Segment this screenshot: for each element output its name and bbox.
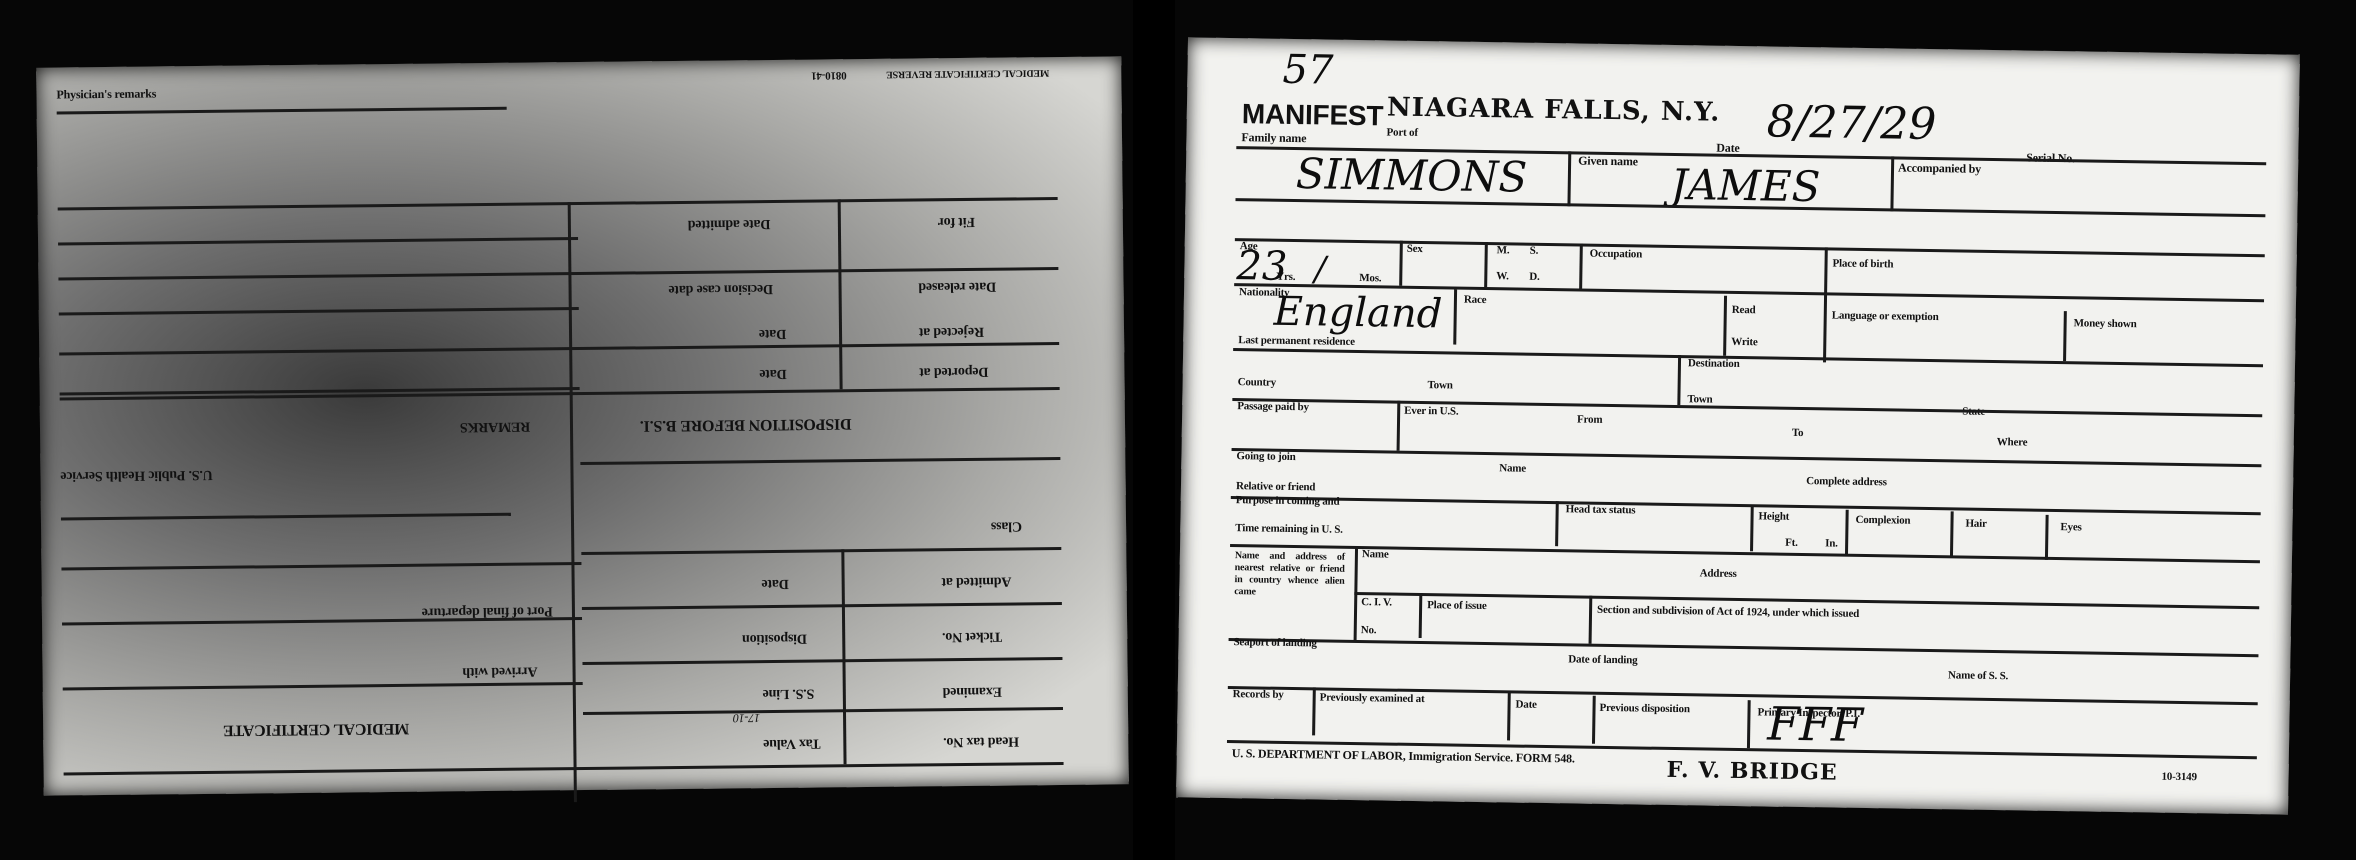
previous-disposition-label: Previous disposition xyxy=(1599,702,1689,715)
sex-label: Sex xyxy=(1407,243,1423,255)
rule xyxy=(1235,238,2265,257)
date-admitted-label: Date admitted xyxy=(688,215,771,232)
rule xyxy=(581,547,1061,555)
date-of-landing-label: Date of landing xyxy=(1568,653,1637,666)
language-label: Language or exemption xyxy=(1832,309,1939,323)
rule xyxy=(580,457,1060,465)
marital-m: M. xyxy=(1497,244,1510,256)
bridge-stamp: F. V. BRIDGE xyxy=(1666,757,1837,786)
rule xyxy=(58,237,578,245)
disposition-label: DISPOSITION BEFORE B.S.I. xyxy=(640,414,852,434)
print-code: 10-3149 xyxy=(2161,771,2196,784)
divider xyxy=(1453,290,1457,345)
from-label: From xyxy=(1577,413,1602,425)
accompanied-by-label: Accompanied by xyxy=(1898,160,1981,176)
hair-label: Hair xyxy=(1965,518,1986,530)
manifest-card: 57 MANIFEST NIAGARA FALLS, N.Y. Port of … xyxy=(1176,37,2300,814)
divider xyxy=(838,199,843,389)
divider xyxy=(1399,241,1403,286)
where-label: Where xyxy=(1997,436,2028,448)
country-label: Country xyxy=(1238,376,1277,389)
form-title: MANIFEST xyxy=(1242,98,1384,132)
ever-in-us-label: Ever in U.S. xyxy=(1404,405,1458,418)
divider xyxy=(1397,401,1401,451)
nationality-value: England xyxy=(1273,289,1442,338)
arrived-with-label: Arrived with xyxy=(462,662,537,679)
divider xyxy=(1589,596,1593,644)
divider xyxy=(1567,151,1571,206)
deported-date-label: Date xyxy=(759,365,786,381)
head-tax-label: Head tax status xyxy=(1566,503,1636,516)
remarks-label: REMARKS xyxy=(460,418,530,435)
family-name-label: Family name xyxy=(1241,130,1306,146)
records-by-label: Records by xyxy=(1233,688,1284,701)
rule xyxy=(64,762,1064,775)
divider xyxy=(1579,243,1583,288)
date-value: 8/27/29 xyxy=(1766,96,1936,150)
divider xyxy=(1484,242,1488,287)
binding-gap xyxy=(1133,0,1175,860)
divider xyxy=(1845,510,1849,555)
rule xyxy=(61,513,511,521)
form-footer: U. S. DEPARTMENT OF LABOR, Immigration S… xyxy=(1232,746,1575,766)
town-label: Town xyxy=(1428,379,1453,391)
header-code: 0810-41 xyxy=(811,69,846,81)
complete-address-label: Complete address xyxy=(1806,475,1887,488)
rule xyxy=(58,267,1058,280)
admitted-date-label: Date xyxy=(762,575,789,591)
ft-label: Ft. xyxy=(1785,537,1798,549)
name-label: Name xyxy=(1499,462,1526,474)
divider xyxy=(1312,687,1316,735)
class-label: Class xyxy=(991,517,1022,533)
header-note: MEDICAL CERTIFICATE REVERSE xyxy=(886,67,1049,80)
inspector-initials: FFF xyxy=(1767,697,1864,752)
civ-label: C. I. V. xyxy=(1361,596,1392,608)
rule xyxy=(63,682,583,690)
rule xyxy=(61,562,581,570)
place-of-birth-label: Place of birth xyxy=(1832,257,1893,270)
write-label: Write xyxy=(1731,336,1757,348)
prev-date-label: Date xyxy=(1516,699,1537,711)
examined-label: Examined xyxy=(943,683,1002,700)
eyes-label: Eyes xyxy=(2060,521,2081,533)
divider xyxy=(1950,511,1954,556)
rejected-date-label: Date xyxy=(759,325,786,341)
divider xyxy=(1419,593,1423,638)
divider xyxy=(1723,296,1727,356)
disposition-sub-label: Disposition xyxy=(742,630,807,647)
marital-w: W. xyxy=(1496,270,1509,282)
deported-at-label: Deported at xyxy=(919,363,988,380)
rule xyxy=(1232,398,2262,417)
rule xyxy=(582,602,1062,610)
divider xyxy=(2045,515,2049,560)
divider xyxy=(1555,501,1559,546)
family-name-value: SIMMONS xyxy=(1296,149,1528,202)
decision-date-label: Decision case date xyxy=(668,280,773,297)
divider xyxy=(1592,696,1596,744)
handwritten-note: 17-10 xyxy=(733,710,760,725)
passage-paid-label: Passage paid by xyxy=(1237,400,1309,413)
rule xyxy=(1233,348,2263,367)
money-shown-label: Money shown xyxy=(2074,317,2137,330)
dest-town-label: Town xyxy=(1687,393,1712,405)
rule xyxy=(582,657,1062,665)
divider xyxy=(1677,355,1681,405)
rule xyxy=(57,107,507,115)
purpose-label: Purpose in coming and xyxy=(1236,494,1340,508)
port-value: NIAGARA FALLS, N.Y. xyxy=(1387,92,1721,127)
head-tax-no-label: Head tax No. xyxy=(943,732,1019,749)
divider xyxy=(2063,311,2067,361)
read-label: Read xyxy=(1732,304,1756,316)
admitted-at-label: Admitted at xyxy=(942,573,1012,590)
yrs-label: Yrs. xyxy=(1276,271,1295,283)
rule xyxy=(1232,448,2262,467)
to-label: To xyxy=(1792,427,1804,439)
divider xyxy=(841,549,846,764)
rule xyxy=(583,707,1063,715)
fit-for-label: Fit for xyxy=(938,213,975,229)
divider xyxy=(1823,247,1828,362)
going-to-join-label: Going to join xyxy=(1236,450,1295,463)
left-card-reverse: Physician's remarks 0810-41 MEDICAL CERT… xyxy=(36,56,1129,795)
civ-no-label: No. xyxy=(1361,624,1377,636)
us-pub-health-label: U.S. Public Health Service xyxy=(60,466,212,484)
port-of-label: Port of xyxy=(1386,126,1417,138)
divider xyxy=(1750,506,1754,551)
last-residence-label: Last permanent residence xyxy=(1238,334,1355,348)
rule xyxy=(1229,638,2259,657)
mos-label: Mos. xyxy=(1359,272,1381,284)
ticket-no-label: Ticket No. xyxy=(942,628,1002,645)
rule xyxy=(58,197,1058,210)
nr-name-label: Name xyxy=(1362,548,1389,560)
previously-examined-label: Previously examined at xyxy=(1320,691,1425,705)
divider xyxy=(1890,156,1894,211)
seaport-label: Seaport of landing xyxy=(1233,636,1316,649)
date-released-label: Date released xyxy=(918,278,996,295)
rejected-at-label: Rejected at xyxy=(919,323,984,340)
medical-certificate-label: MEDICAL CERTIFICATE xyxy=(223,719,409,739)
given-name-label: Given name xyxy=(1578,153,1638,169)
divider xyxy=(568,202,577,802)
occupation-label: Occupation xyxy=(1590,248,1643,261)
rule xyxy=(59,342,1059,355)
divider xyxy=(1507,692,1511,740)
port-departure-label: Port of final departure xyxy=(422,602,553,619)
marital-s: S. xyxy=(1530,245,1539,257)
physician-remarks-label: Physician's remarks xyxy=(56,86,156,102)
ss-line-label: S.S. Line xyxy=(763,685,815,702)
section-label: Section and subdivision of Act of 1924, … xyxy=(1597,604,1859,620)
destination-label: Destination xyxy=(1688,357,1740,370)
nr-address-label: Address xyxy=(1700,567,1737,580)
divider xyxy=(1747,700,1751,748)
time-remaining-label: Time remaining in U. S. xyxy=(1235,522,1343,536)
in-label: In. xyxy=(1825,537,1838,549)
nearest-relative-label: Name and address of nearest relative or … xyxy=(1234,550,1345,600)
tax-value-label: Tax Value xyxy=(763,735,820,752)
complexion-label: Complexion xyxy=(1855,514,1910,527)
height-label: Height xyxy=(1758,510,1789,522)
manifest-number: 57 xyxy=(1282,47,1334,94)
relative-label: Relative or friend xyxy=(1236,480,1315,493)
rule xyxy=(1231,496,2261,515)
marital-d: D. xyxy=(1529,271,1539,283)
race-label: Race xyxy=(1464,294,1487,306)
given-name-value: JAMES xyxy=(1670,160,1820,211)
place-of-issue-label: Place of issue xyxy=(1427,599,1487,612)
ship-name-label: Name of S. S. xyxy=(1948,669,2008,682)
rule xyxy=(59,307,579,315)
